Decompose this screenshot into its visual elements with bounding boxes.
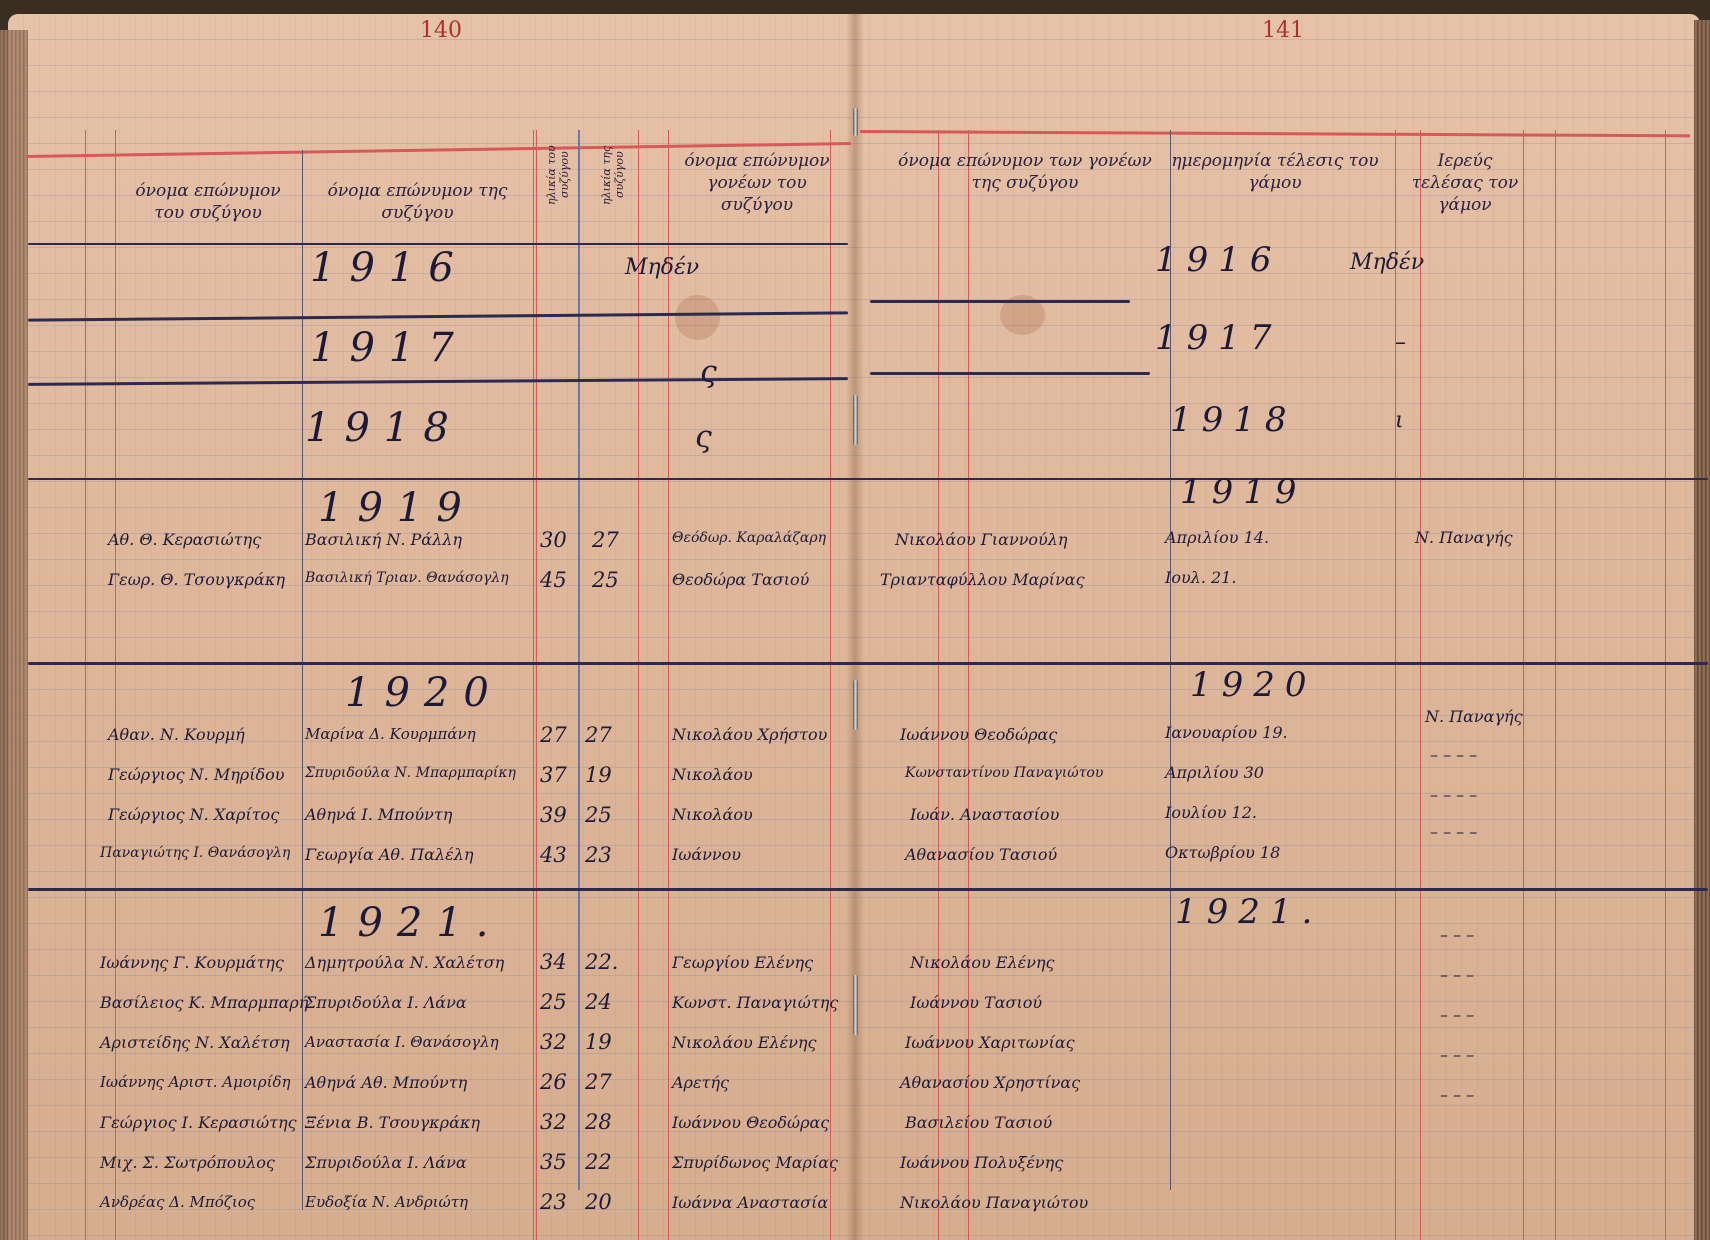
groom-parents: Κωνστ. Παναγιώτης <box>672 993 838 1012</box>
year-1920-left: 1920 <box>345 670 503 716</box>
bride-parents: Αθανασίου Χρηστίνας <box>900 1073 1080 1092</box>
note-1916-right: Μηδέν <box>1350 250 1424 275</box>
bride-name: Σπυριδούλα Ν. Μπαρμπαρίκη <box>305 765 516 781</box>
bride-parents: Ιωάννου Πολυξένης <box>900 1153 1063 1172</box>
groom-name: Ανδρέας Δ. Μπόζιος <box>100 1193 255 1211</box>
groom-name: Παναγιώτης Ι. Θανάσογλη <box>100 845 290 861</box>
wedding-date: Απριλίου 30 <box>1165 763 1264 782</box>
groom-age: 43 <box>540 843 567 867</box>
groom-parents: Θεόδωρ. Καραλάζαρη <box>672 530 826 546</box>
book-spine <box>846 14 864 1240</box>
bride-name: Αθηνά Αθ. Μπούντη <box>305 1073 467 1092</box>
groom-parents: Αρετής <box>672 1073 729 1092</box>
note-1918-right: ι <box>1395 408 1404 433</box>
year-1916-right: 1916 <box>1155 240 1282 280</box>
bride-name: Σπυριδούλα Ι. Λάνα <box>305 1153 467 1172</box>
bride-age: 28 <box>585 1110 612 1134</box>
bride-parents: Νικολάου Γιαννούλη <box>895 530 1068 549</box>
note-1918-left: ς <box>695 420 712 455</box>
groom-age: 23 <box>540 1190 567 1214</box>
header-bride-age: ηλικία της συζύγου <box>600 130 626 220</box>
bride-parents: Βασιλείου Τασιού <box>905 1113 1052 1132</box>
bride-parents: Τριανταφύλλου Μαρίνας <box>880 570 1085 589</box>
groom-parents: Ιωάννου Θεοδώρας <box>672 1113 829 1132</box>
year-1917-right: 1917 <box>1155 318 1282 358</box>
groom-parents: Νικολάου <box>672 805 753 824</box>
note-1916-left: Μηδέν <box>625 255 699 280</box>
groom-parents: Σπυρίδωνος Μαρίας <box>672 1153 838 1172</box>
wedding-date: Οκτωβρίου 18 <box>1165 843 1280 862</box>
bride-age: 19 <box>585 763 612 787</box>
groom-name: Αριστείδης Ν. Χαλέτση <box>100 1033 290 1052</box>
header-wedding-date: ημερομηνία τέλεσις του γάμου <box>1160 150 1390 194</box>
groom-age: 34 <box>540 950 567 974</box>
year-1920-right: 1920 <box>1190 665 1317 705</box>
groom-parents: Νικολάου Ελένης <box>672 1033 816 1052</box>
year-1921-right: 1921. <box>1175 892 1322 932</box>
staple <box>853 108 858 136</box>
header-bride-name: όνομα επώνυμον της συζύγου <box>305 180 530 224</box>
wedding-date: Απριλίου 14. <box>1165 528 1269 547</box>
wedding-date: Ιουλίου 12. <box>1165 803 1257 822</box>
year-1921-left: 1921. <box>318 900 503 946</box>
groom-age: 39 <box>540 803 567 827</box>
bride-name: Βασιλική Ν. Ράλλη <box>305 530 462 549</box>
officiant: – – – <box>1440 1005 1474 1024</box>
header-groom-name: όνομα επώνυμον του συζύγου <box>118 180 298 224</box>
groom-age: 32 <box>540 1110 567 1134</box>
groom-name: Γεώργιος Ν. Μηρίδου <box>108 765 284 784</box>
groom-parents: Θεοδώρα Τασιού <box>672 570 809 589</box>
bride-parents: Νικολάου Παναγιώτου <box>900 1193 1088 1212</box>
year-1918-left: 1918 <box>305 405 463 451</box>
bride-parents: Κωνσταντίνου Παναγιώτου <box>905 765 1103 781</box>
bride-name: Βασιλική Τριαν. Θανάσογλη <box>305 570 509 586</box>
header-groom-parents: όνομα επώνυμον γονέων του συζύγου <box>672 150 842 216</box>
officiant: – – – <box>1440 925 1474 944</box>
book-left-edge <box>0 30 28 1240</box>
groom-name: Γεώργιος Ν. Χαρίτος <box>108 805 279 824</box>
groom-age: 25 <box>540 990 567 1014</box>
bride-age: 27 <box>585 723 612 747</box>
groom-parents: Ιωάννα Αναστασία <box>672 1193 828 1212</box>
bride-age: 23 <box>585 843 612 867</box>
bride-age: 20 <box>585 1190 612 1214</box>
officiant: – – – <box>1440 1085 1474 1104</box>
officiant: – – – – <box>1430 822 1477 841</box>
bride-name: Αναστασία Ι. Θανάσογλη <box>305 1033 499 1051</box>
officiant: – – – – <box>1430 785 1477 804</box>
groom-parents: Γεωργίου Ελένης <box>672 953 813 972</box>
groom-age: 37 <box>540 763 567 787</box>
staple <box>853 395 858 445</box>
bride-name: Μαρίνα Δ. Κουρμπάνη <box>305 725 476 743</box>
bride-parents: Ιωάννου Χαριτωνίας <box>905 1033 1075 1052</box>
groom-age: 35 <box>540 1150 567 1174</box>
groom-age: 45 <box>540 568 567 592</box>
header-officiant: Ιερεύς τελέσας τον γάμον <box>1410 150 1520 216</box>
groom-name: Γεώργιος Ι. Κερασιώτης <box>100 1113 297 1132</box>
bride-age: 22. <box>585 950 618 974</box>
bride-age: 25 <box>585 803 612 827</box>
groom-parents: Νικολάου <box>672 765 753 784</box>
bride-name: Γεωργία Αθ. Παλέλη <box>305 845 473 864</box>
bride-parents: Νικολάου Ελένης <box>910 953 1054 972</box>
groom-age: 26 <box>540 1070 567 1094</box>
book-right-edge <box>1694 20 1710 1240</box>
right-page-number: 141 <box>1262 18 1304 43</box>
groom-age: 32 <box>540 1030 567 1054</box>
bride-name: Αθηνά Ι. Μπούντη <box>305 805 452 824</box>
wedding-date: Ιανουαρίου 19. <box>1165 723 1288 742</box>
officiant: – – – <box>1440 965 1474 984</box>
right-page <box>854 14 1700 1240</box>
stain <box>675 295 720 340</box>
open-ledger-book: 140 141 όνομα επώνυμον του συζύγου όνομα… <box>0 0 1710 1240</box>
groom-name: Μιχ. Σ. Σωτρόπουλος <box>100 1153 275 1172</box>
bride-age: 27 <box>585 1070 612 1094</box>
officiant: – – – – <box>1430 745 1477 764</box>
wedding-date: Ιουλ. 21. <box>1165 568 1236 587</box>
bride-parents: Ιωάννου Τασιού <box>910 993 1042 1012</box>
note-1917-left: ς <box>700 355 717 390</box>
bride-age: 19 <box>585 1030 612 1054</box>
bride-parents: Ιωάν. Αναστασίου <box>910 805 1059 824</box>
bride-name: Ευδοξία Ν. Ανδριώτη <box>305 1193 468 1211</box>
groom-parents: Νικολάου Χρήστου <box>672 725 827 744</box>
year-1918-right: 1918 <box>1170 400 1297 440</box>
bride-name: Δημητρούλα Ν. Χαλέτση <box>305 953 504 972</box>
groom-name: Ιωάννης Αριστ. Αμοιρίδη <box>100 1073 291 1091</box>
year-1919-right: 1919 <box>1180 472 1307 512</box>
groom-name: Ιωάννης Γ. Κουρμάτης <box>100 953 284 972</box>
header-bride-parents: όνομα επώνυμον των γονέων της συζύγου <box>890 150 1160 194</box>
groom-age: 27 <box>540 723 567 747</box>
groom-name: Γεωρ. Θ. Τσουγκράκη <box>108 570 285 589</box>
officiant: – – – <box>1440 1045 1474 1064</box>
bride-age: 22 <box>585 1150 612 1174</box>
staple <box>853 975 858 1035</box>
staple <box>853 680 858 730</box>
bride-age: 27 <box>592 528 619 552</box>
left-page-number: 140 <box>420 18 462 43</box>
bride-age: 24 <box>585 990 612 1014</box>
groom-name: Βασίλειος Κ. Μπαρμπαρή <box>100 993 308 1012</box>
header-groom-age: ηλικία του συζύγου <box>545 130 571 220</box>
groom-parents: Ιωάννου <box>672 845 741 864</box>
officiant: Ν. Παναγής <box>1425 707 1523 726</box>
groom-name: Αθ. Θ. Κερασιώτης <box>108 530 261 549</box>
bride-age: 25 <box>592 568 619 592</box>
note-1917-right: – <box>1395 330 1406 355</box>
groom-name: Αθαν. Ν. Κουρμή <box>108 725 245 744</box>
year-1916-left: 1916 <box>310 245 468 291</box>
groom-age: 30 <box>540 528 567 552</box>
bride-name: Σπυριδούλα Ι. Λάνα <box>305 993 467 1012</box>
year-1919-left: 1919 <box>318 485 476 531</box>
officiant: Ν. Παναγής <box>1415 528 1513 547</box>
year-1917-left: 1917 <box>310 325 468 371</box>
bride-parents: Αθανασίου Τασιού <box>905 845 1057 864</box>
bride-name: Ξένια Β. Τσουγκράκη <box>305 1113 480 1132</box>
bride-parents: Ιωάννου Θεοδώρας <box>900 725 1057 744</box>
